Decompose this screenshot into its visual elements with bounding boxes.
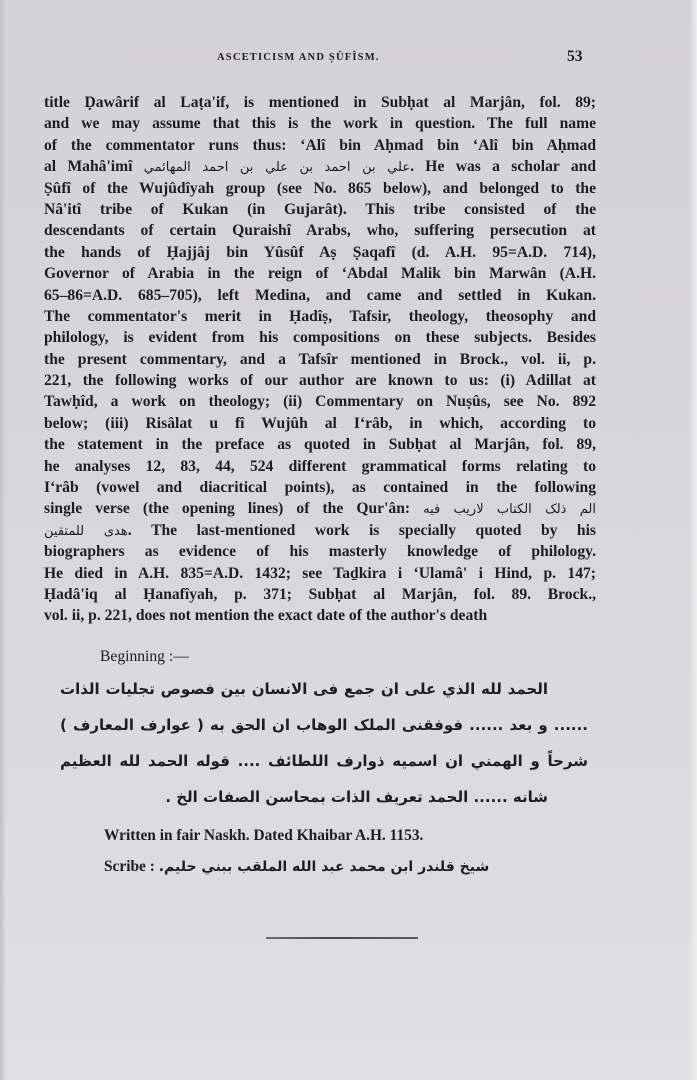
text-line: title Ḍawârif al Laṭa'if, is mentioned i… <box>44 92 596 113</box>
text-fragment: al Mahâ'imî <box>44 158 144 175</box>
arabic-quran-verse: الم ذلک الکتاب لاریب فیه <box>423 502 596 517</box>
text-line: and we may assume that this is the work … <box>44 113 596 134</box>
page-edge-shadow <box>0 0 6 1080</box>
section-divider-rule <box>266 937 418 939</box>
text-line: the hands of Ḥajjâj bin Yûsûf Aṣ Ṣaqafî … <box>44 242 596 263</box>
text-line: al Mahâ'imî علي بن احمد بن علي بن احمد ا… <box>44 156 596 177</box>
beginning-label: Beginning :— <box>100 648 189 666</box>
written-note: Written in fair Naskh. Dated Khaibar A.H… <box>104 820 489 851</box>
page-edge-highlight <box>689 0 697 1080</box>
arabic-line: ...... و بعد ...... فوفقنی الملک الوهاب … <box>60 707 588 743</box>
text-line: Governor of Arabia in the reign of ‘Abda… <box>44 263 596 284</box>
text-line: single verse (the opening lines) of the … <box>44 498 596 519</box>
body-paragraph: title Ḍawârif al Laṭa'if, is mentioned i… <box>44 92 596 627</box>
running-title: Asceticism and Ṣûfîsm. <box>217 52 380 63</box>
page-number: 53 <box>567 48 583 66</box>
text-line: The commentator's merit in Ḥadîṣ, Tafsir… <box>44 306 596 327</box>
text-line: the present commentary, and a Tafsîr men… <box>44 349 596 370</box>
arabic-incipit: الحمد لله الذي على ان جمع فی الانسان بین… <box>60 671 588 815</box>
text-line: vol. ii, p. 221, does not mention the ex… <box>44 605 596 626</box>
arabic-quran-verse-end: هدى للمتقين <box>44 524 128 539</box>
text-line: below; (iii) Risâlat u fî Wujûh al I‘râb… <box>44 413 596 434</box>
book-page: Asceticism and Ṣûfîsm. 53 title Ḍawârif … <box>0 0 697 1080</box>
arabic-name: علي بن احمد بن علي بن احمد المهائمي <box>144 160 410 175</box>
text-line: he analyses 12, 83, 44, 524 different gr… <box>44 456 596 477</box>
running-head: Asceticism and Ṣûfîsm. 53 <box>0 48 697 70</box>
text-line: 65–86=A.D. 685–705), left Medina, and ca… <box>44 285 596 306</box>
text-line: descendants of certain Quraishî Arabs, w… <box>44 220 596 241</box>
text-fragment: single verse (the opening lines) of the … <box>44 500 423 517</box>
text-line: هدى للمتقين. The last-mentioned work is … <box>44 520 596 541</box>
text-line: biographers as evidence of his masterly … <box>44 541 596 562</box>
scribe-label: Scribe : <box>104 858 159 875</box>
text-fragment: . He was a scholar and <box>410 158 596 175</box>
text-line: Nâ'itî tribe of Kukan (in Gujarât). This… <box>44 199 596 220</box>
text-line: I‘râb (vowel and diacritical points), as… <box>44 477 596 498</box>
text-line: of the commentator runs thus: ‘Alî bin A… <box>44 135 596 156</box>
text-line: Ṣûfî of the Wujûdîyah group (see No. 865… <box>44 178 596 199</box>
text-line: the statement in the preface as quoted i… <box>44 434 596 455</box>
scribe-name-arabic: شیخ قلندر ابن محمد عبد الله الملقب ببني … <box>159 859 490 875</box>
text-fragment: . The last-mentioned work is specially q… <box>128 522 596 539</box>
arabic-line: شرحاً و الهمني ان اسمیه ذوارف اللطائف ..… <box>60 743 588 779</box>
scribe-note: Scribe : شیخ قلندر ابن محمد عبد الله الم… <box>104 851 489 883</box>
colophon: Written in fair Naskh. Dated Khaibar A.H… <box>104 820 489 883</box>
text-line: He died in A.H. 835=A.D. 1432; see Taḏki… <box>44 563 596 584</box>
text-line: Ḥadâ'iq al Ḥanafîyah, p. 371; Subḥat al … <box>44 584 596 605</box>
arabic-line: شانه ...... الحمد تعریف الذات بمحاسن الص… <box>60 779 588 815</box>
text-line: 221, the following works of our author a… <box>44 370 596 391</box>
arabic-line: الحمد لله الذي على ان جمع فی الانسان بین… <box>60 671 588 707</box>
text-line: philology, is evident from his compositi… <box>44 327 596 348</box>
text-line: Tawḥîd, a work on theology; (ii) Comment… <box>44 391 596 412</box>
